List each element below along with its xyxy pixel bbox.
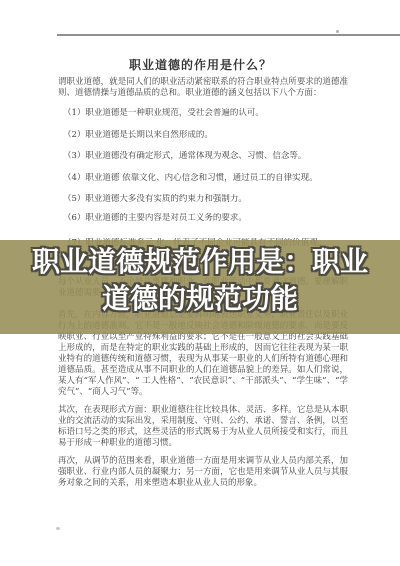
artifact-speck <box>56 527 60 530</box>
intro-paragraph: 谓职业道德，就是同人们的职业活动紧密联系的符合职业特点所要求的道德准则、道德情操… <box>58 77 348 99</box>
list-item-6: （6）职业道德的主要内容是对员工义务的要求。 <box>63 213 350 224</box>
document-title: 职业道德的作用是什么？ <box>58 56 343 73</box>
overlay-headline: 职业道德规范作用是：职业 道德的规范功能 <box>0 243 400 317</box>
list-item-2: （2）职业道德是长期以来自然形成的。 <box>63 130 350 141</box>
paragraph-second: 其次，在表现形式方面：职业道德往往比较具体、灵活、多样。它总是从本职业的交流活动… <box>58 405 348 449</box>
paragraph-third: 再次，从调节的范围来看，职业道德一方面是用来调节从业人员内部关系，加强职业、行业… <box>58 456 348 489</box>
article-page: 职业道德的作用是什么？ 谓职业道德，就是同人们的职业活动紧密联系的符合职业特点所… <box>0 0 400 566</box>
top-rule-line <box>57 34 400 36</box>
overlay-headline-line1: 职业道德规范作用是：职业 <box>0 243 400 280</box>
list-item-3: （3）职业道德没有确定形式，通常体现为观念、习惯、信念等。 <box>63 151 350 162</box>
list-item-1: （1）职业道德是一种职业规范，受社会普遍的认可。 <box>63 108 350 119</box>
overlay-headline-line2: 道德的规范功能 <box>0 280 400 317</box>
overlay-watermark-band: 职业道德规范作用是：职业 道德的规范功能 <box>0 240 400 334</box>
list-item-4: （4）职业道德 依靠文化、内心信念和习惯，通过员工的自律实现。 <box>63 173 350 184</box>
artifact-speck <box>336 30 339 33</box>
list-item-5: （5）职业道德大多没有实质的约束力和强制力。 <box>63 194 350 205</box>
